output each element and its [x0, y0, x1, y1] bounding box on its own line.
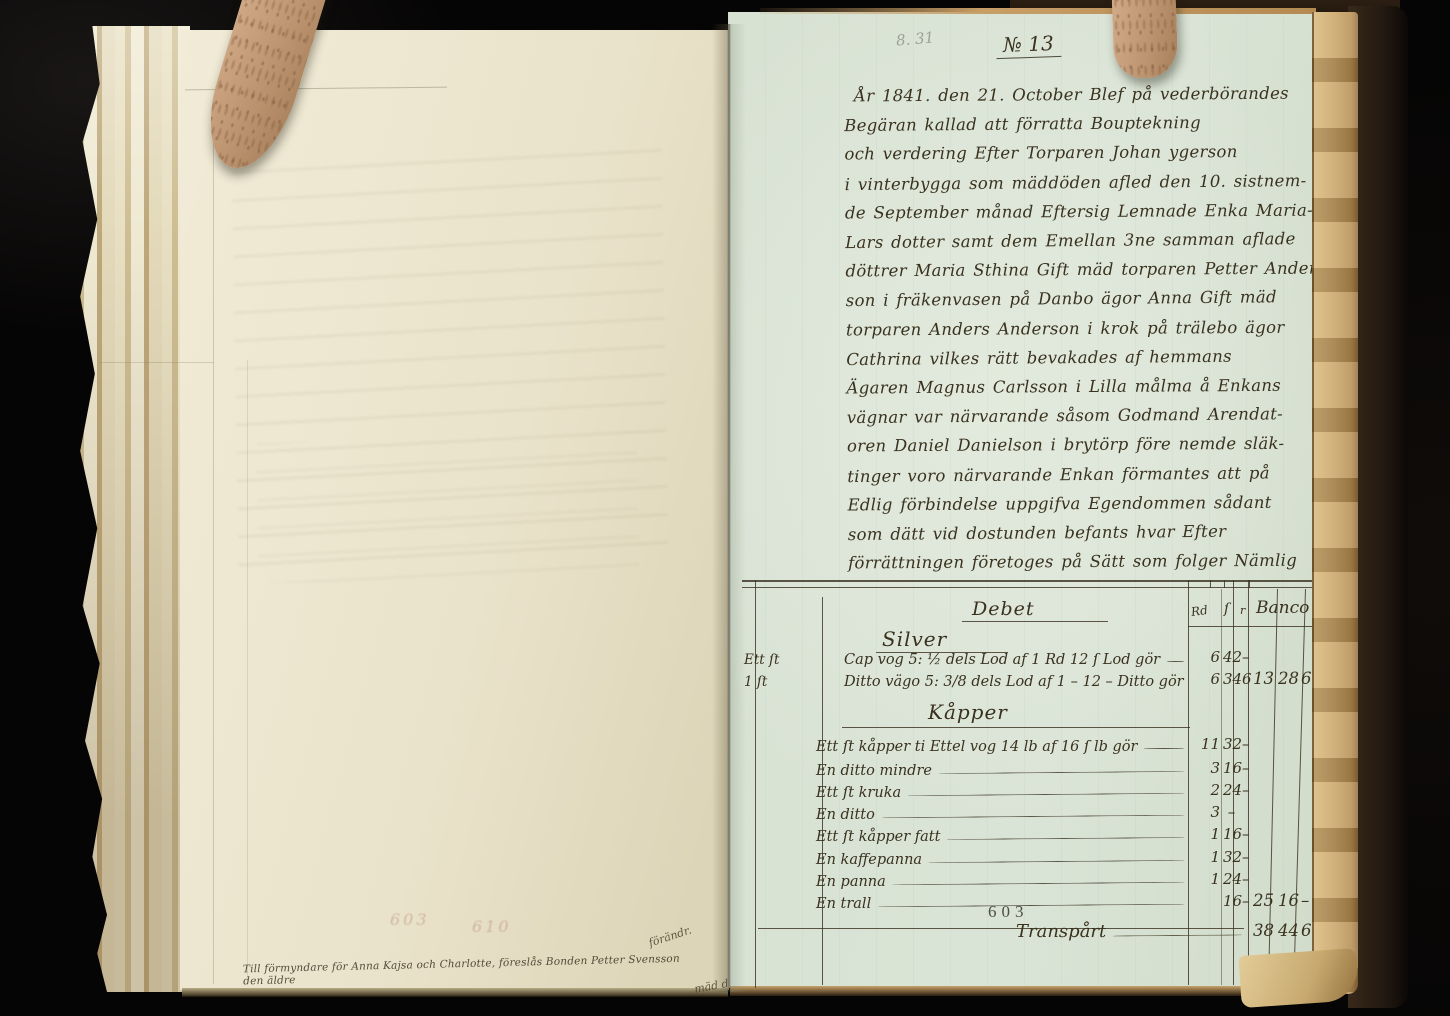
table-row: Ett ſt kruka 2 24 – — [744, 779, 1186, 801]
row-description: En trall — [816, 896, 871, 912]
row-description: Ditto vägo 5: 3/8 dels Lod af 1 – 12 – D… — [844, 674, 1184, 690]
runstycken-value: – — [1242, 825, 1255, 843]
manuscript-line: Edlig förbindelse uppgifva Egendommen så… — [847, 487, 1325, 519]
left-page-bottom-edge — [182, 988, 728, 997]
transport-row: Transpårt 38 44 6 — [744, 920, 1244, 942]
pencil-folio-note: 8. 31 — [895, 28, 935, 49]
banco-skilling-total: 44 — [1278, 921, 1299, 940]
banco-riksdaler-total: 38 — [1251, 921, 1276, 940]
wooden-page-holder-right — [1111, 0, 1178, 79]
section-heading-kopper: Kåpper — [928, 700, 1008, 724]
runstycken-value: – — [1242, 735, 1255, 753]
column-header-banco: Banco — [1256, 598, 1309, 618]
manuscript-line: Cathrina vilkes rätt bevakades af hemman… — [846, 341, 1324, 374]
skilling-value: 32 — [1223, 848, 1240, 866]
leader-line — [878, 904, 1184, 908]
leader-line — [947, 837, 1184, 840]
row-description: Ett ſt kruka — [816, 785, 901, 801]
leader-line — [929, 860, 1184, 863]
banco-skilling-value: 28 — [1278, 669, 1299, 688]
riksdaler-value: 6 — [1192, 670, 1220, 688]
leader-line — [893, 882, 1184, 886]
runstycken-value: – — [1242, 870, 1255, 888]
manuscript-text-block: År 1841. den 21. October Blef på vederbö… — [844, 78, 1326, 579]
ghost-sheet-edge — [213, 118, 214, 984]
table-row: En kaffepanna 1 32 – — [744, 846, 1186, 868]
ghost-folio-stamp: 603 — [390, 910, 430, 929]
manuscript-line: de September månad Eftersig Lemnade Enka… — [845, 195, 1323, 227]
kopper-underline — [842, 727, 1190, 728]
manuscript-line: Begäran kallad att förratta Bouptekning — [844, 107, 1322, 140]
page-number: № 13 — [996, 31, 1062, 59]
manuscript-line: Lars dotter samt dem Emellan 3ne samman … — [845, 224, 1323, 257]
runstycken-value: – — [1242, 848, 1255, 866]
table-row: En panna 1 24 – — [744, 868, 1186, 890]
column-header-skilling: ſ — [1224, 601, 1229, 617]
leader-line — [1113, 934, 1242, 936]
manuscript-line: son i fräkenvasen på Danbo ägor Anna Gif… — [846, 282, 1324, 315]
right-page-bottom-edge — [730, 986, 1316, 996]
riksdaler-value: 3 — [1192, 803, 1220, 821]
row-quantity: Ett ſt — [744, 652, 816, 668]
table-row: Ett ſt Cap vog 5: ½ dels Lod af 1 Rd 12 … — [744, 646, 1186, 668]
leader-line — [939, 771, 1184, 774]
table-row: En trall 16 – 25 16 – — [744, 890, 1186, 912]
runstycken-value: – — [1242, 781, 1255, 799]
table-row: Ett ſt kåpper fatt 1 16 – — [744, 823, 1186, 845]
manuscript-line: vägnar var närvarande såsom Godmand Aren… — [847, 399, 1325, 432]
skilling-value: 32 — [1223, 735, 1240, 753]
banco-riksdaler-value: 25 — [1251, 891, 1276, 910]
right-page-top-edge — [760, 8, 1316, 14]
riksdaler-value: 6 — [1192, 648, 1220, 666]
riksdaler-value: 1 — [1192, 825, 1220, 843]
manuscript-line: Ägaren Magnus Carlsson i Lilla målma å E… — [846, 371, 1324, 403]
runstycken-value: – — [1242, 759, 1255, 777]
table-tick — [1224, 580, 1225, 588]
row-description: Cap vog 5: ½ dels Lod af 1 Rd 12 ſ Lod g… — [844, 652, 1160, 668]
debet-underline — [962, 621, 1108, 622]
column-header-runstycken: r — [1240, 604, 1245, 617]
manuscript-line: torparen Anders Anderson i krok på träle… — [846, 312, 1324, 344]
skilling-value: 16 — [1223, 825, 1240, 843]
skilling-value: 42 — [1223, 648, 1240, 666]
skilling-value: 16 — [1223, 892, 1240, 910]
table-top-rule-2 — [742, 587, 1334, 588]
skilling-value: – — [1223, 803, 1240, 821]
riksdaler-value: 2 — [1192, 781, 1220, 799]
ghost-sheet-edge — [100, 362, 214, 363]
riksdaler-value: 11 — [1192, 735, 1220, 753]
ink-bleed-through — [257, 437, 639, 584]
runstycken-value: – — [1242, 648, 1255, 666]
table-title: Debet — [972, 598, 1035, 620]
column-header-riksdaler: Rd — [1190, 603, 1209, 619]
ghost-folio-stamp: 610 — [472, 917, 512, 936]
table-tick — [1210, 580, 1211, 588]
banco-riksdaler-value: 13 — [1251, 669, 1276, 688]
riksdaler-value: 1 — [1192, 848, 1220, 866]
row-description: Ett ſt kåpper fatt — [816, 829, 940, 845]
book-gutter-shadow — [712, 24, 746, 992]
table-row: En ditto mindre 3 16 – — [744, 757, 1186, 779]
archival-book-photo: 603 610 Till förmyndare för Anna Kajsa o… — [0, 0, 1450, 1016]
riksdaler-value: 1 — [1192, 870, 1220, 888]
right-page-torn-edges — [1312, 12, 1358, 994]
table-top-rule — [742, 580, 1334, 582]
row-description: En ditto mindre — [816, 763, 932, 779]
leader-line — [908, 793, 1184, 796]
leader-line — [1144, 748, 1184, 749]
row-description: Ett ſt kåpper ti Ettel vog 14 lb af 16 ſ… — [816, 739, 1137, 755]
folio-stamp: 603 — [988, 902, 1029, 922]
manuscript-line: och verdering Efter Torparen Johan ygers… — [844, 137, 1322, 169]
row-description: En ditto — [816, 807, 875, 823]
manuscript-line: som dätt vid dostunden befants hvar Efte… — [848, 516, 1326, 549]
table-row: En ditto 3 – — [744, 801, 1186, 823]
skilling-value: 16 — [1223, 759, 1240, 777]
row-description: En panna — [816, 874, 886, 890]
page-corner-curl — [1238, 948, 1359, 1008]
row-quantity: 1 ſt — [744, 674, 816, 690]
table-row: Ett ſt kåpper ti Ettel vog 14 lb af 16 ſ… — [744, 733, 1186, 755]
skilling-value: 24 — [1223, 781, 1240, 799]
leader-line — [882, 815, 1184, 819]
manuscript-line: År 1841. den 21. October Blef på vederbö… — [844, 79, 1322, 111]
leader-line — [1167, 661, 1184, 662]
left-page-stack-edges — [68, 26, 190, 992]
manuscript-line: tinger voro närvarande Enkan förmantes a… — [847, 458, 1325, 491]
row-description: En kaffepanna — [816, 852, 922, 868]
table-row: 1 ſt Ditto vägo 5: 3/8 dels Lod af 1 – 1… — [744, 668, 1186, 690]
manuscript-line: döttrer Maria Sthina Gift mäd torparen P… — [845, 254, 1323, 286]
transport-label: Transpårt — [1016, 921, 1106, 942]
manuscript-line: förrättningen företoges på Sätt som folg… — [848, 546, 1326, 578]
skilling-value: 34 — [1223, 670, 1240, 688]
riksdaler-value: 3 — [1192, 759, 1220, 777]
manuscript-line: oren Daniel Danielson i brytörp före nem… — [847, 429, 1325, 461]
skilling-value: 24 — [1223, 870, 1240, 888]
manuscript-line: i vinterbygga som mäddöden afled den 10.… — [845, 166, 1323, 199]
banco-skilling-value: 16 — [1278, 891, 1299, 910]
